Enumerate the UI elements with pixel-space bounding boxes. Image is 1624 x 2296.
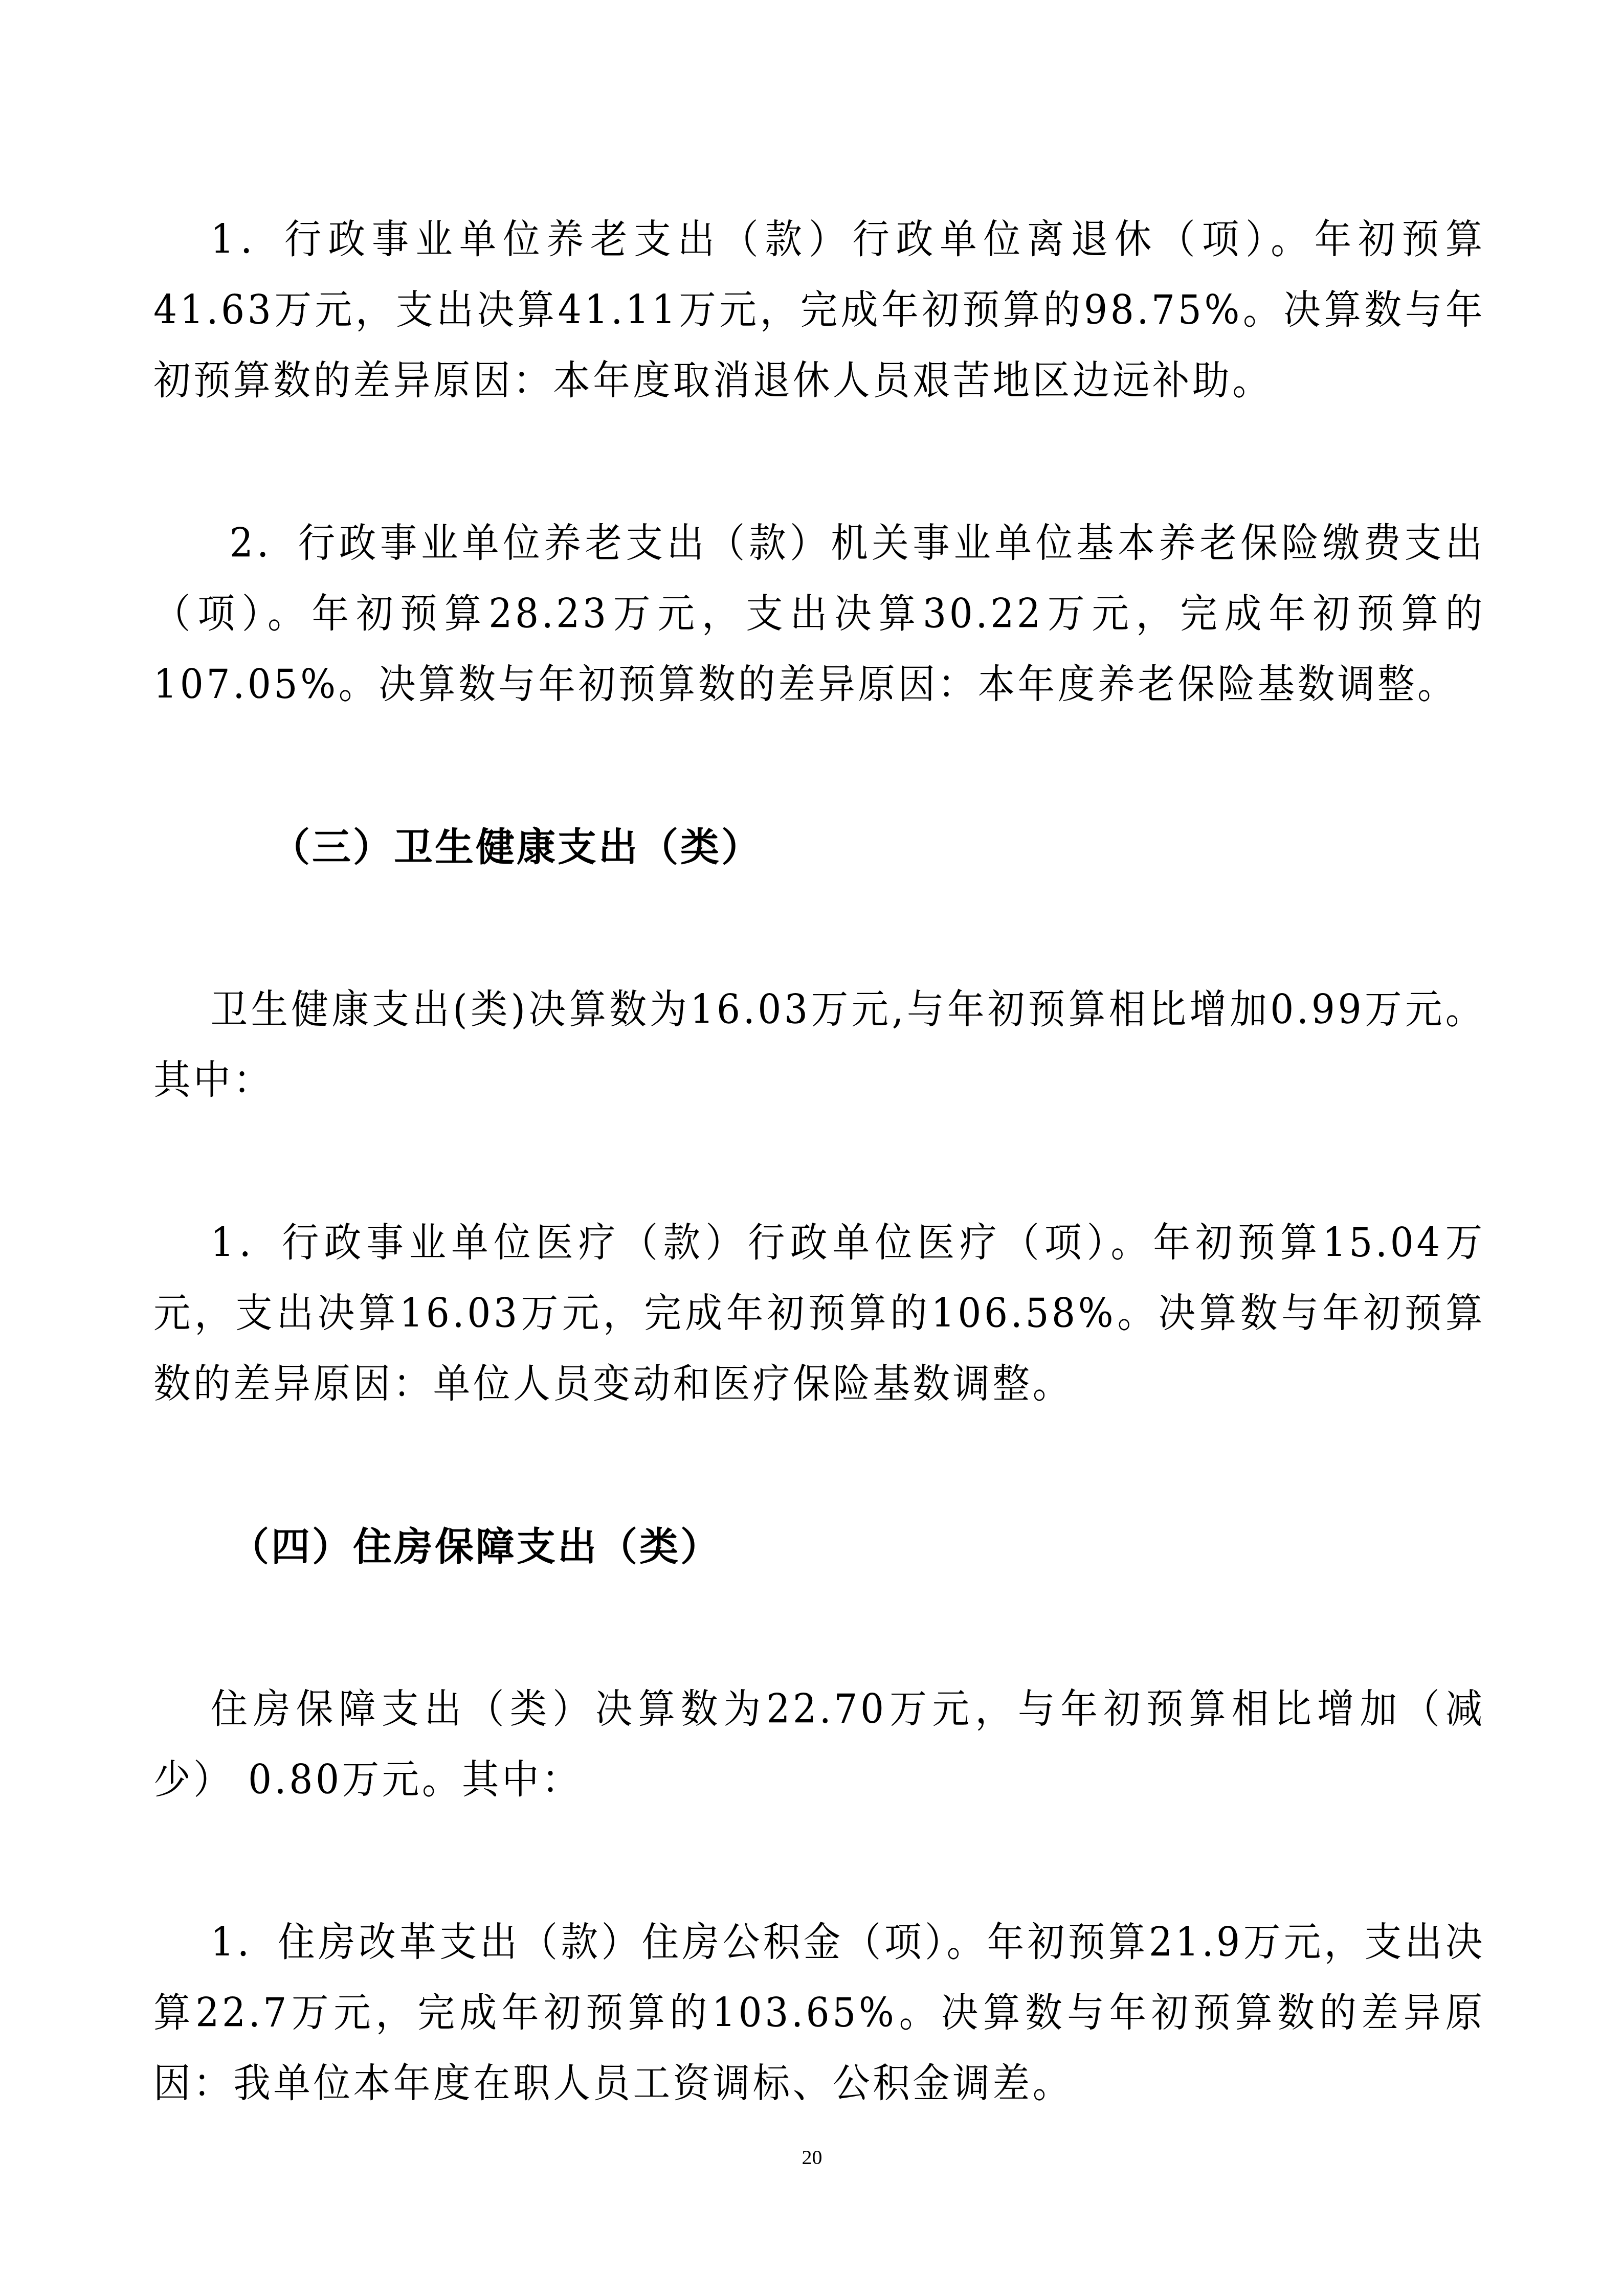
- paragraph-health-medical: 1．行政事业单位医疗（款）行政单位医疗（项）。年初预算15.04万元，支出决算1…: [153, 1208, 1485, 1420]
- section-heading-health: （三）卫生健康支出（类）: [153, 812, 1483, 883]
- page-number: 20: [0, 2145, 1624, 2169]
- paragraph-health-summary: 卫生健康支出(类)决算数为16.03万元,与年初预算相比增加0.99万元。其中：: [153, 975, 1485, 1116]
- section-heading-housing: （四）住房保障支出（类）: [153, 1512, 1483, 1582]
- paragraph-housing-fund: 1．住房改革支出（款）住房公积金（项）。年初预算21.9万元，支出决算22.7万…: [153, 1907, 1485, 2119]
- document-page: 1．行政事业单位养老支出（款）行政单位离退休（项）。年初预算41.63万元，支出…: [153, 205, 1483, 2211]
- paragraph-housing-summary: 住房保障支出（类）决算数为22.70万元，与年初预算相比增加（减少） 0.80万…: [153, 1674, 1485, 1815]
- paragraph-pension-retirement: 1．行政事业单位养老支出（款）行政单位离退休（项）。年初预算41.63万元，支出…: [153, 205, 1485, 416]
- paragraph-pension-insurance: 2．行政事业单位养老支出（款）机关事业单位基本养老保险缴费支出（项）。年初预算2…: [153, 508, 1485, 720]
